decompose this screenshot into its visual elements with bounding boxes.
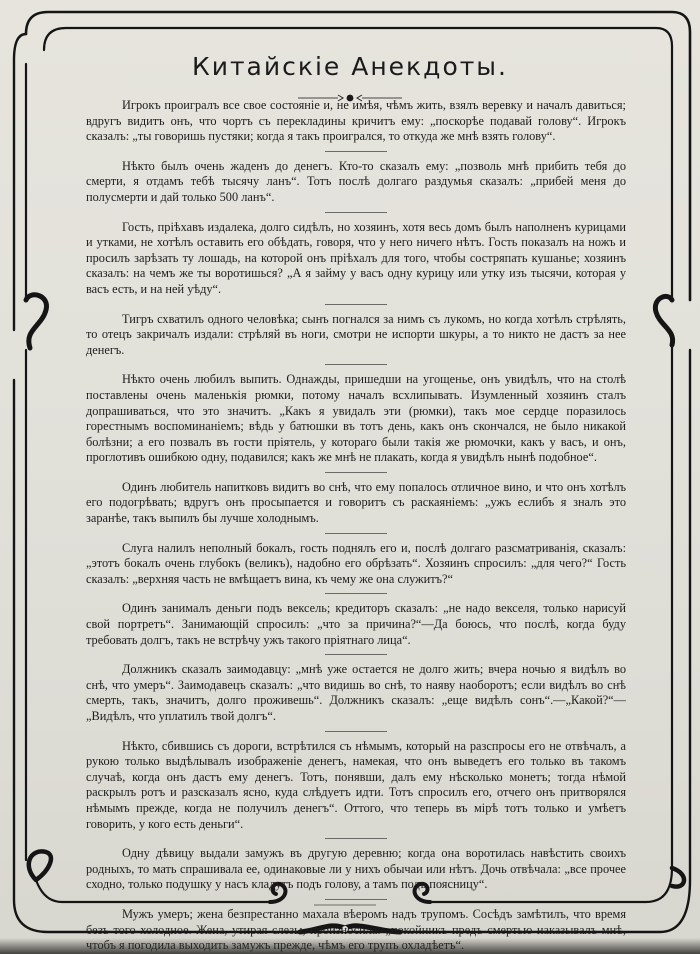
separator-rule	[325, 593, 387, 594]
anecdote-paragraph: Нѣкто очень любилъ выпить. Однажды, приш…	[86, 372, 626, 466]
anecdote-paragraph: Слуга налилъ неполный бокалъ, гость подн…	[86, 541, 626, 588]
anecdote-paragraph: Одинъ любитель напитковъ видитъ во снѣ, …	[86, 480, 626, 527]
separator-rule	[325, 212, 387, 213]
anecdote-paragraph: Игрокъ проигралъ все свое состояніе и, н…	[86, 98, 626, 145]
separator-rule	[325, 151, 387, 152]
document-page: Китайскіе Анекдоты. Игрокъ проигралъ все…	[0, 0, 700, 954]
anecdote-paragraph: Одинъ занималъ деньги подъ вексель; кред…	[86, 601, 626, 648]
separator-rule	[325, 731, 387, 732]
separator-rule	[325, 838, 387, 839]
anecdotes-list: Игрокъ проигралъ все свое состояніе и, н…	[86, 98, 626, 954]
separator-rule	[325, 654, 387, 655]
separator-rule	[325, 364, 387, 365]
separator-rule	[325, 533, 387, 534]
separator-rule	[325, 472, 387, 473]
anecdote-paragraph: Нѣкто былъ очень жаденъ до денегъ. Кто-т…	[86, 159, 626, 206]
anecdote-paragraph: Одну дѣвицу выдали замужъ въ другую дере…	[86, 846, 626, 893]
page-title: Китайскіе Анекдоты.	[0, 52, 700, 81]
anecdote-paragraph: Мужъ умеръ; жена безпрестанно махала вѣе…	[86, 907, 626, 954]
anecdote-paragraph: Гость, пріѣхавъ издалека, долго сидѣлъ, …	[86, 220, 626, 298]
anecdote-paragraph: Тигръ схватилъ одного человѣка; сынъ пог…	[86, 312, 626, 359]
separator-rule	[325, 304, 387, 305]
anecdote-paragraph: Должникъ сказалъ заимодавцу: „мнѣ уже ос…	[86, 662, 626, 724]
separator-rule	[325, 899, 387, 900]
anecdote-paragraph: Нѣкто, сбившись съ дороги, встрѣтился съ…	[86, 739, 626, 833]
